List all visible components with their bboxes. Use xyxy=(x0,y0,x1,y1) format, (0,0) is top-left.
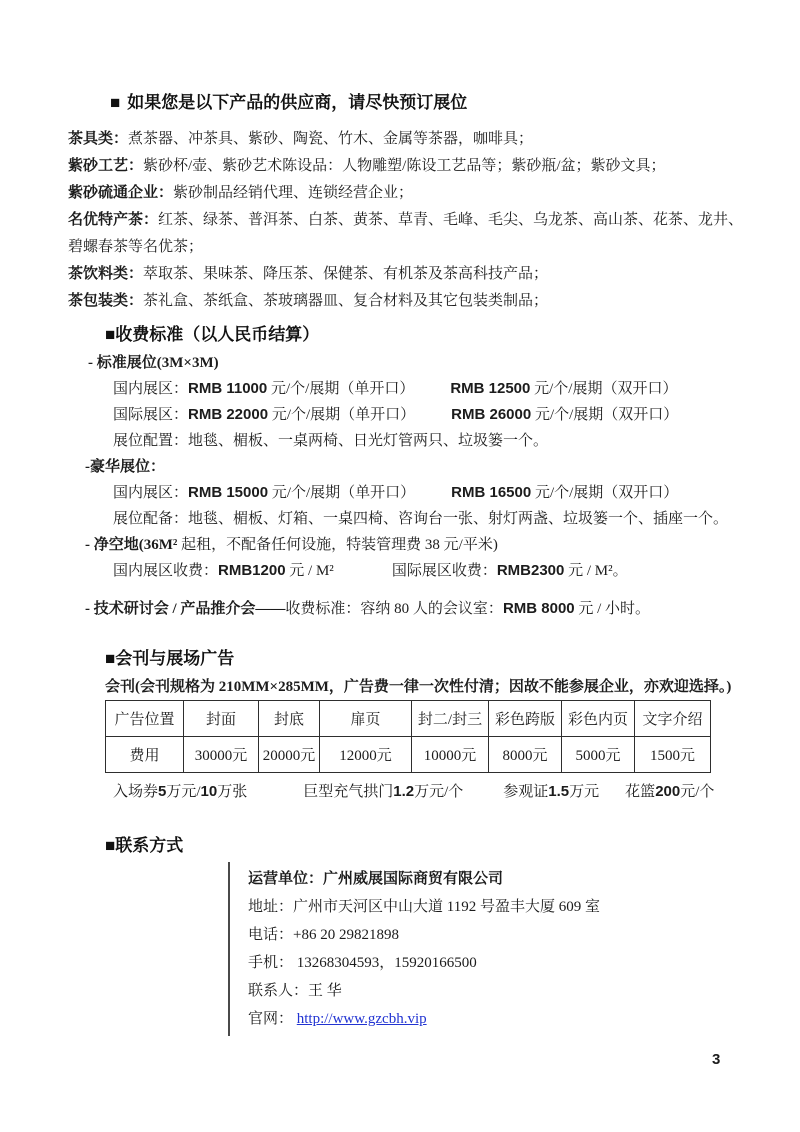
square-bullet-icon: ■ xyxy=(105,649,115,668)
category-line-zisha-craft: 紫砂工艺：紫砂杯/壶、紫砂艺术陈设品：人物雕塑/陈设工艺品等；紫砂瓶/盆；紫砂文… xyxy=(68,153,744,180)
table-fee-row: 费用 30000元 20000元 12000元 10000元 8000元 500… xyxy=(106,737,711,773)
address-label: 地址： xyxy=(248,899,293,915)
fee-cell: 5000元 xyxy=(562,737,635,773)
price-value: RMB 15000 xyxy=(188,484,268,501)
zone-label: 国际展区： xyxy=(113,407,188,423)
pricing-section-heading: ■收费标准（以人民币结算） xyxy=(105,324,744,346)
fee-label: 国内展区收费： xyxy=(113,563,218,579)
seminar-title: - 技术研讨会 / 产品推介会—— xyxy=(85,601,285,617)
raw-space-title-line: - 净空地(36M² 起租，不配备任何设施，特装管理费 38 元/平米) xyxy=(85,532,744,558)
category-content: 紫砂杯/壶、紫砂艺术陈设品：人物雕塑/陈设工艺品等；紫砂瓶/盆；紫砂文具； xyxy=(143,158,666,174)
seminar-price: RMB 8000 xyxy=(503,600,575,617)
table-header-cell: 封二/封三 xyxy=(412,701,489,737)
operator-value: 广州威展国际商贸有限公司 xyxy=(323,871,503,887)
extra-ad-item: 参观证1.5万元 xyxy=(503,781,599,803)
seminar-price-line: - 技术研讨会 / 产品推介会——收费标准：容纳 80 人的会议室：RMB 80… xyxy=(85,596,744,622)
category-label: 紫砂工艺： xyxy=(68,158,143,174)
fee-cell: 8000元 xyxy=(489,737,562,773)
fee-unit: 元 / M²。 xyxy=(568,563,628,579)
contact-section-heading: ■联系方式 xyxy=(105,835,744,857)
seminar-unit: 元 / 小时。 xyxy=(578,601,650,617)
price-value: RMB 11000 xyxy=(188,380,267,397)
config-content: 地毯、楣板、灯箱、一桌四椅、咨询台一张、射灯两盏、垃圾篓一个、插座一个。 xyxy=(188,511,728,527)
person-label: 联系人： xyxy=(248,983,308,999)
raw-space-title-rest: 起租，不配备任何设施，特装管理费 38 元/平米) xyxy=(181,537,498,553)
document-page: ■如果您是以下产品的供应商，请尽快预订展位 茶具类：煮茶器、冲茶具、紫砂、陶瓷、… xyxy=(0,0,800,1132)
operator-label: 运营单位： xyxy=(248,871,323,887)
ad-price-table: 广告位置 封面 封底 扉页 封二/封三 彩色跨版 彩色内页 文字介绍 费用 30… xyxy=(105,700,711,773)
category-label: 茶饮料类： xyxy=(68,266,143,282)
square-bullet-icon: ■ xyxy=(105,836,115,855)
mobile-label: 手机： xyxy=(248,955,293,971)
operator-line: 运营单位：广州威展国际商贸有限公司 xyxy=(248,865,744,893)
price-value: RMB 22000 xyxy=(188,406,268,423)
extra-ad-item: 巨型充气拱门1.2万元/个 xyxy=(303,781,463,803)
extra-ad-item: 入场券5万元/10万张 xyxy=(113,781,247,803)
deluxe-domestic-price-row: 国内展区：RMB 15000 元/个/展期（单开口）RMB 16500 元/个/… xyxy=(113,480,744,506)
price-unit: 元/个/展期（双开口） xyxy=(535,485,678,501)
category-content: 茶礼盒、茶纸盒、茶玻璃器皿、复合材料及其它包装类制品； xyxy=(143,293,548,309)
seminar-desc: 收费标准：容纳 80 人的会议室： xyxy=(285,601,503,617)
fee-row-label: 费用 xyxy=(106,737,184,773)
page-number: 3 xyxy=(712,1051,720,1068)
config-content: 地毯、楣板、一桌两椅、日光灯管两只、垃圾篓一个。 xyxy=(188,433,548,449)
mobile-value: 13268304593，15920166500 xyxy=(297,955,477,971)
square-bullet-icon: ■ xyxy=(110,93,120,112)
table-header-row: 广告位置 封面 封底 扉页 封二/封三 彩色跨版 彩色内页 文字介绍 xyxy=(106,701,711,737)
category-label: 茶包装类： xyxy=(68,293,143,309)
category-line-tea-packaging: 茶包装类：茶礼盒、茶纸盒、茶玻璃器皿、复合材料及其它包装类制品； xyxy=(68,288,744,315)
contact-info-block: 运营单位：广州威展国际商贸有限公司 地址：广州市天河区中山大道 1192 号盈丰… xyxy=(228,862,744,1036)
website-label: 官网： xyxy=(248,1011,293,1027)
supplier-heading-text: 如果您是以下产品的供应商，请尽快预订展位 xyxy=(127,93,467,112)
price-unit: 元/个/展期（单开口） xyxy=(272,407,415,423)
fee-value: RMB1200 xyxy=(218,562,286,579)
raw-space-fee-row: 国内展区收费：RMB1200 元 / M²国际展区收费：RMB2300 元 / … xyxy=(113,558,744,584)
standard-booth-title: - 标准展位(3M×3M) xyxy=(88,350,744,376)
fee-cell: 20000元 xyxy=(259,737,320,773)
fee-cell: 30000元 xyxy=(184,737,259,773)
advertising-heading-text: 会刊与展场广告 xyxy=(115,649,234,668)
table-header-cell: 封底 xyxy=(259,701,320,737)
category-line-tea-drinks: 茶饮料类：萃取茶、果味茶、降压茶、保健茶、有机茶及茶高科技产品； xyxy=(68,261,744,288)
zone-label: 国内展区： xyxy=(113,381,188,397)
fee-unit: 元 / M² xyxy=(289,563,334,579)
phone-line: 电话：+86 20 29821898 xyxy=(248,921,744,949)
website-link[interactable]: http://www.gzcbh.vip xyxy=(297,1011,427,1027)
standard-domestic-price-row: 国内展区：RMB 11000 元/个/展期（单开口）RMB 12500 元/个/… xyxy=(113,376,744,402)
price-value: RMB 26000 xyxy=(451,406,531,423)
table-header-cell: 文字介绍 xyxy=(635,701,711,737)
category-line-zisha-distribution: 紫砂硫通企业：紫砂制品经销代理、连锁经营企业； xyxy=(68,180,744,207)
address-value: 广州市天河区中山大道 1192 号盈丰大厦 609 室 xyxy=(293,899,600,915)
price-unit: 元/个/展期（双开口） xyxy=(534,381,677,397)
pricing-details: - 标准展位(3M×3M) 国内展区：RMB 11000 元/个/展期（单开口）… xyxy=(68,350,744,584)
price-unit: 元/个/展期（单开口） xyxy=(272,485,415,501)
category-line-teaware: 茶具类：煮茶器、冲茶具、紫砂、陶瓷、竹木、金属等茶器，咖啡具； xyxy=(68,126,744,153)
price-unit: 元/个/展期（单开口） xyxy=(271,381,414,397)
price-value: RMB 12500 xyxy=(450,380,530,397)
category-label: 名优特产茶： xyxy=(68,212,158,228)
phone-label: 电话： xyxy=(248,927,293,943)
fee-value: RMB2300 xyxy=(497,562,565,579)
fee-label: 国际展区收费： xyxy=(392,563,497,579)
category-content: 萃取茶、果味茶、降压茶、保健茶、有机茶及茶高科技产品； xyxy=(143,266,548,282)
category-content: 紫砂制品经销代理、连锁经营企业； xyxy=(173,185,413,201)
website-line: 官网： http://www.gzcbh.vip xyxy=(248,1005,744,1033)
table-header-cell: 彩色跨版 xyxy=(489,701,562,737)
journal-spec-note: 会刊(会刊规格为 210MM×285MM，广告费一律一次性付清；因故不能参展企业… xyxy=(105,676,744,698)
address-line: 地址：广州市天河区中山大道 1192 号盈丰大厦 609 室 xyxy=(248,893,744,921)
person-value: 王 华 xyxy=(308,983,342,999)
price-unit: 元/个/展期（双开口） xyxy=(535,407,678,423)
category-label: 紫砂硫通企业： xyxy=(68,185,173,201)
table-header-cell: 扉页 xyxy=(320,701,412,737)
config-label: 展位配置： xyxy=(113,433,188,449)
fee-cell: 12000元 xyxy=(320,737,412,773)
table-header-cell: 彩色内页 xyxy=(562,701,635,737)
zone-label: 国内展区： xyxy=(113,485,188,501)
price-value: RMB 16500 xyxy=(451,484,531,501)
deluxe-booth-title: -豪华展位： xyxy=(85,454,744,480)
contact-person-line: 联系人：王 华 xyxy=(248,977,744,1005)
supplier-section-heading: ■如果您是以下产品的供应商，请尽快预订展位 xyxy=(110,92,744,114)
standard-booth-config-line: 展位配置：地毯、楣板、一桌两椅、日光灯管两只、垃圾篓一个。 xyxy=(113,428,744,454)
mobile-line: 手机： 13268304593，15920166500 xyxy=(248,949,744,977)
contact-heading-text: 联系方式 xyxy=(115,836,183,855)
config-label: 展位配备： xyxy=(113,511,188,527)
category-line-famous-tea: 名优特产茶：红茶、绿茶、普洱茶、白茶、黄茶、草青、毛峰、毛尖、乌龙茶、高山茶、花… xyxy=(68,207,744,261)
extra-ad-item: 花篮200元/个 xyxy=(625,781,714,803)
square-bullet-icon: ■ xyxy=(105,325,115,344)
extra-ad-items-line: 入场券5万元/10万张巨型充气拱门1.2万元/个参观证1.5万元花篮200元/个 xyxy=(113,781,744,803)
pricing-heading-text: 收费标准（以人民币结算） xyxy=(115,325,319,344)
phone-value: +86 20 29821898 xyxy=(293,927,399,943)
fee-cell: 10000元 xyxy=(412,737,489,773)
product-category-list: 茶具类：煮茶器、冲茶具、紫砂、陶瓷、竹木、金属等茶器，咖啡具； 紫砂工艺：紫砂杯… xyxy=(68,126,744,315)
category-content: 红茶、绿茶、普洱茶、白茶、黄茶、草青、毛峰、毛尖、乌龙茶、高山茶、花茶、龙井、碧… xyxy=(68,212,743,255)
table-header-cell: 广告位置 xyxy=(106,701,184,737)
table-header-cell: 封面 xyxy=(184,701,259,737)
category-label: 茶具类： xyxy=(68,131,128,147)
standard-international-price-row: 国际展区：RMB 22000 元/个/展期（单开口）RMB 26000 元/个/… xyxy=(113,402,744,428)
deluxe-booth-config-line: 展位配备：地毯、楣板、灯箱、一桌四椅、咨询台一张、射灯两盏、垃圾篓一个、插座一个… xyxy=(113,506,744,532)
raw-space-title-bold: - 净空地(36M² xyxy=(85,537,177,553)
advertising-section-heading: ■会刊与展场广告 xyxy=(105,648,744,670)
category-content: 煮茶器、冲茶具、紫砂、陶瓷、竹木、金属等茶器，咖啡具； xyxy=(128,131,533,147)
fee-cell: 1500元 xyxy=(635,737,711,773)
